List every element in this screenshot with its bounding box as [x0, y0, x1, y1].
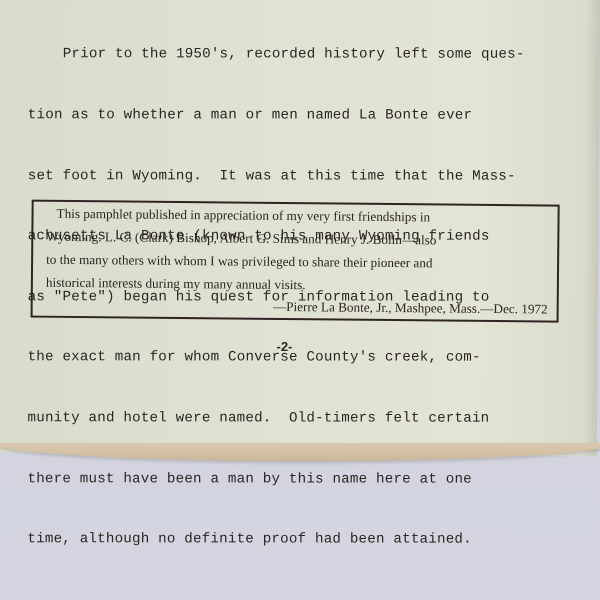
body-line: Prior to the 1950's, recorded history le… [28, 45, 588, 66]
document-page: Prior to the 1950's, recorded history le… [0, 0, 600, 456]
dedication-line: historical interests during my many annu… [46, 275, 306, 293]
body-line: the exact man for whom Converse County's… [28, 348, 588, 369]
body-line: set foot in Wyoming. It was at this time… [28, 166, 588, 187]
page-number: -2- [276, 339, 292, 354]
dedication-signature: —Pierre La Bonte, Jr., Mashpee, Mass.—De… [273, 299, 548, 318]
body-line: tion as to whether a man or men named La… [28, 105, 588, 126]
body-line: there must have been a man by this name … [27, 469, 587, 490]
dedication-box: This pamphlet published in appreciation … [31, 200, 560, 323]
dedication-line: to the many others with whom I was privi… [46, 252, 433, 272]
body-line: munity and hotel were named. Old-timers … [28, 408, 588, 429]
body-line: time, although no definite proof had bee… [27, 530, 587, 551]
dedication-line: This pamphlet published in appreciation … [56, 206, 430, 226]
dedication-line: Wyoming. L. C. (Clark) Bishop, Albert G.… [46, 229, 436, 249]
